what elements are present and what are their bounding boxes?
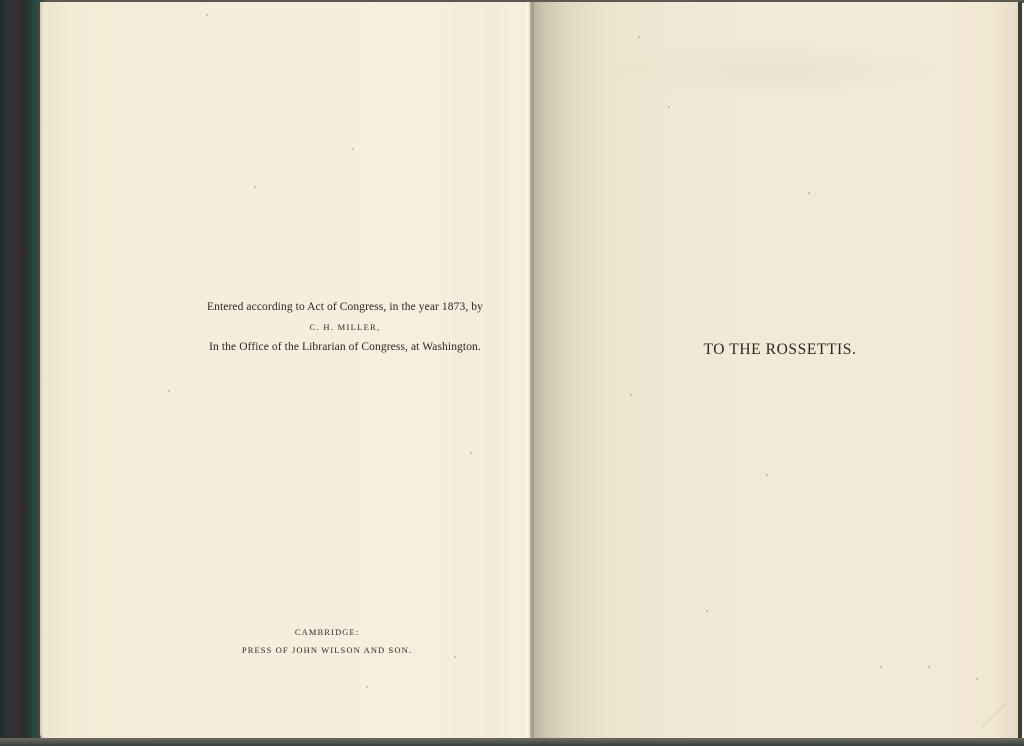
foxing-speck: [766, 474, 768, 476]
foxing-speck: [454, 656, 456, 658]
copyright-entered-line: Entered according to Act of Congress, in…: [130, 302, 560, 314]
foxing-speck: [976, 678, 978, 680]
foxing-speck: [706, 610, 708, 612]
book-cover-bottom-edge: [0, 738, 1024, 746]
page-corner-crease: [982, 690, 1006, 738]
dedication-text: TO THE ROSSETTIS.: [640, 342, 920, 358]
book-spread: Entered according to Act of Congress, in…: [0, 0, 1024, 746]
imprint-press: PRESS OF JOHN WILSON AND SON.: [130, 646, 524, 655]
foxing-speck: [928, 666, 930, 668]
copyright-author-line: C. H. MILLER,: [130, 323, 560, 332]
foxing-speck: [352, 148, 354, 150]
copyright-notice: Entered according to Act of Congress, in…: [130, 302, 560, 354]
foxing-speck: [470, 452, 472, 454]
foxing-speck: [638, 36, 640, 38]
imprint-city: CAMBRIDGE:: [130, 628, 524, 637]
printer-imprint: CAMBRIDGE: PRESS OF JOHN WILSON AND SON.: [130, 628, 524, 654]
foxing-speck: [206, 14, 208, 16]
ink-showthrough: [610, 40, 950, 100]
foxing-speck: [630, 394, 632, 396]
foxing-speck: [366, 686, 368, 688]
right-page: [530, 2, 1022, 740]
foxing-speck: [668, 106, 670, 108]
foxing-speck: [880, 666, 882, 668]
copyright-office-line: In the Office of the Librarian of Congre…: [130, 342, 560, 354]
book-gutter: [524, 2, 534, 738]
foxing-speck: [254, 186, 256, 188]
foxing-speck: [168, 390, 170, 392]
left-page: Entered according to Act of Congress, in…: [38, 2, 532, 740]
foxing-speck: [808, 192, 810, 194]
